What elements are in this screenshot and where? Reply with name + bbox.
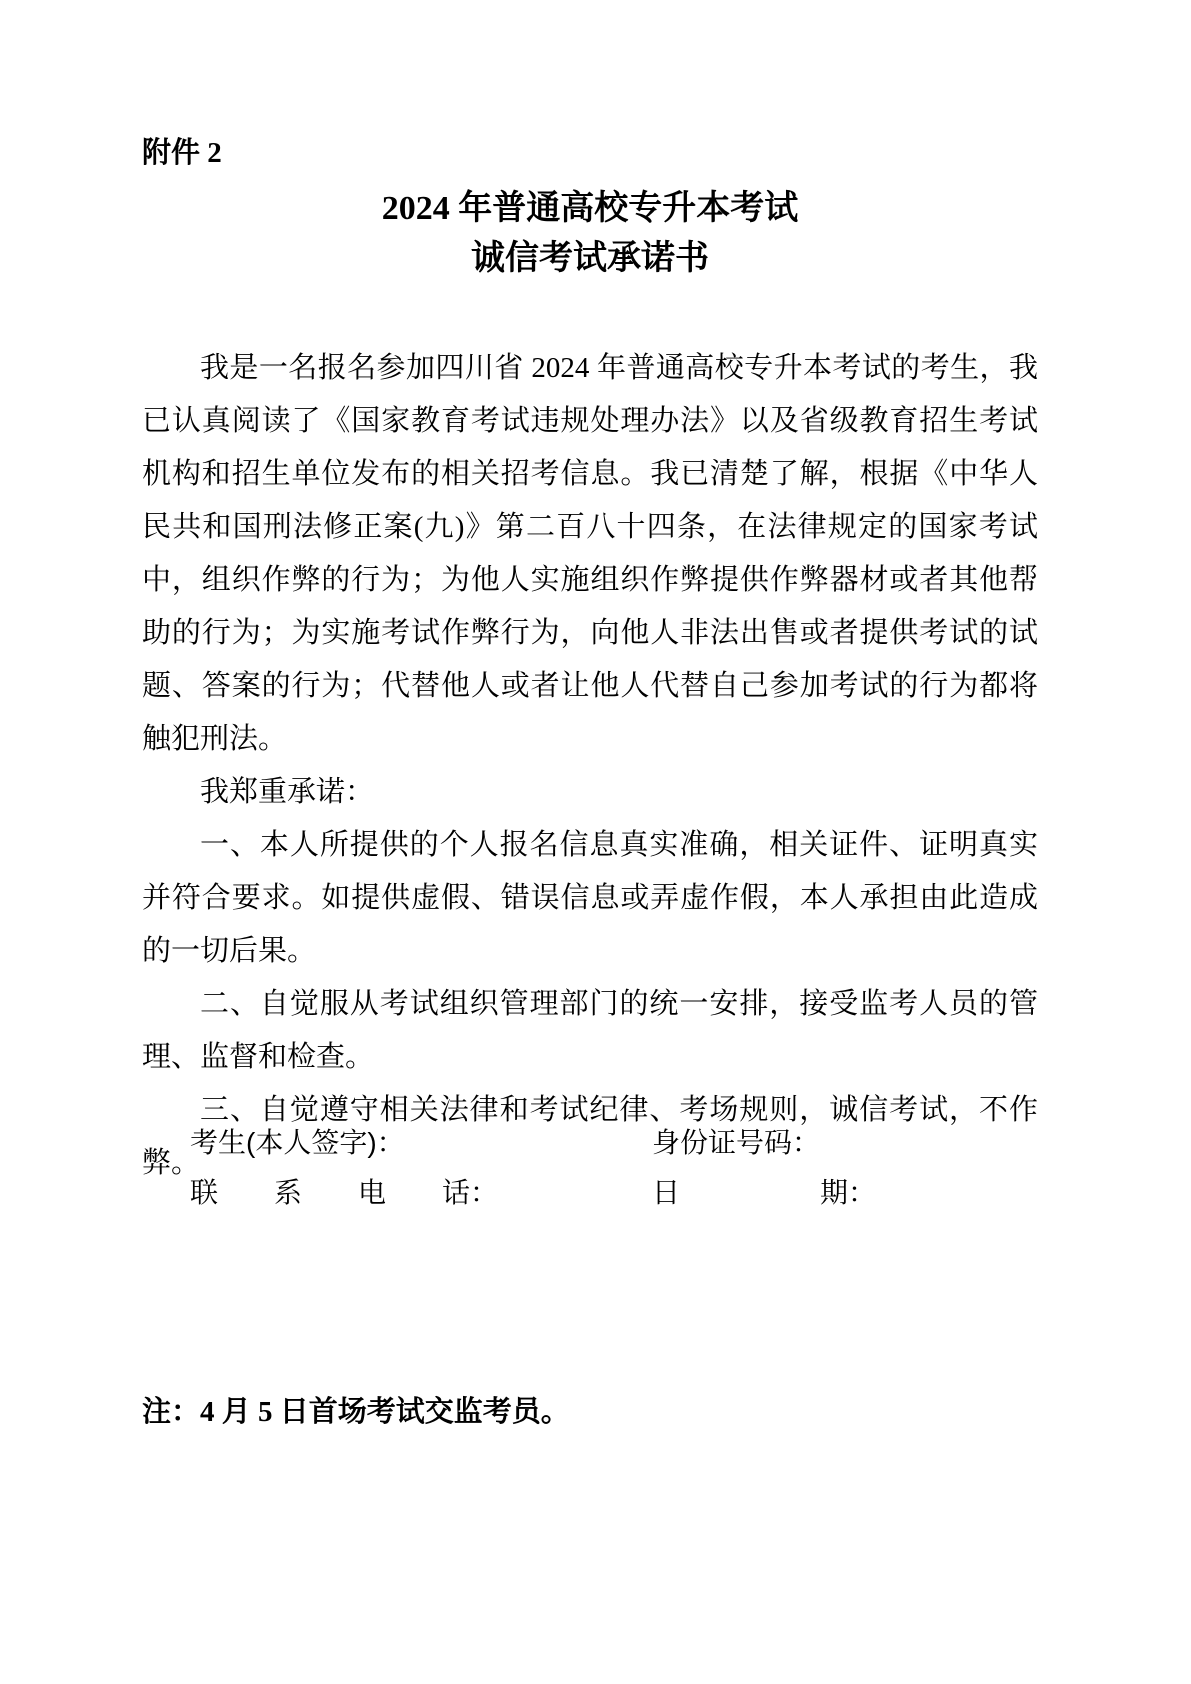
signature-row-1: 考生(本人签字)： 身份证号码：: [142, 1118, 1038, 1168]
paragraph-promise-lead: 我郑重承诺：: [142, 766, 1038, 819]
date-label: 日 期：: [652, 1168, 1038, 1218]
paragraph-intro: 我是一名报名参加四川省 2024 年普通高校专升本考试的考生，我已认真阅读了《国…: [142, 342, 1038, 766]
title-line-2: 诚信考试承诺书: [142, 234, 1038, 284]
title-line-1: 2024 年普通高校专升本考试: [142, 184, 1038, 234]
document-page: 附件 2 2024 年普通高校专升本考试 诚信考试承诺书 我是一名报名参加四川省…: [0, 0, 1191, 1684]
footnote: 注：4 月 5 日首场考试交监考员。: [142, 1390, 1038, 1434]
id-number-label: 身份证号码：: [652, 1118, 1038, 1168]
document-body: 我是一名报名参加四川省 2024 年普通高校专升本考试的考生，我已认真阅读了《国…: [142, 342, 1038, 1190]
attachment-label: 附件 2: [142, 134, 222, 172]
contact-phone-label: 联 系 电 话：: [190, 1168, 652, 1218]
signature-section: 考生(本人签字)： 身份证号码： 联 系 电 话： 日 期：: [142, 1118, 1038, 1218]
candidate-signature-label: 考生(本人签字)：: [190, 1118, 652, 1168]
document-title: 2024 年普通高校专升本考试 诚信考试承诺书: [142, 184, 1038, 284]
paragraph-promise-1: 一、本人所提供的个人报名信息真实准确，相关证件、证明真实并符合要求。如提供虚假、…: [142, 819, 1038, 978]
paragraph-promise-2: 二、自觉服从考试组织管理部门的统一安排，接受监考人员的管理、监督和检查。: [142, 978, 1038, 1084]
signature-row-2: 联 系 电 话： 日 期：: [142, 1168, 1038, 1218]
